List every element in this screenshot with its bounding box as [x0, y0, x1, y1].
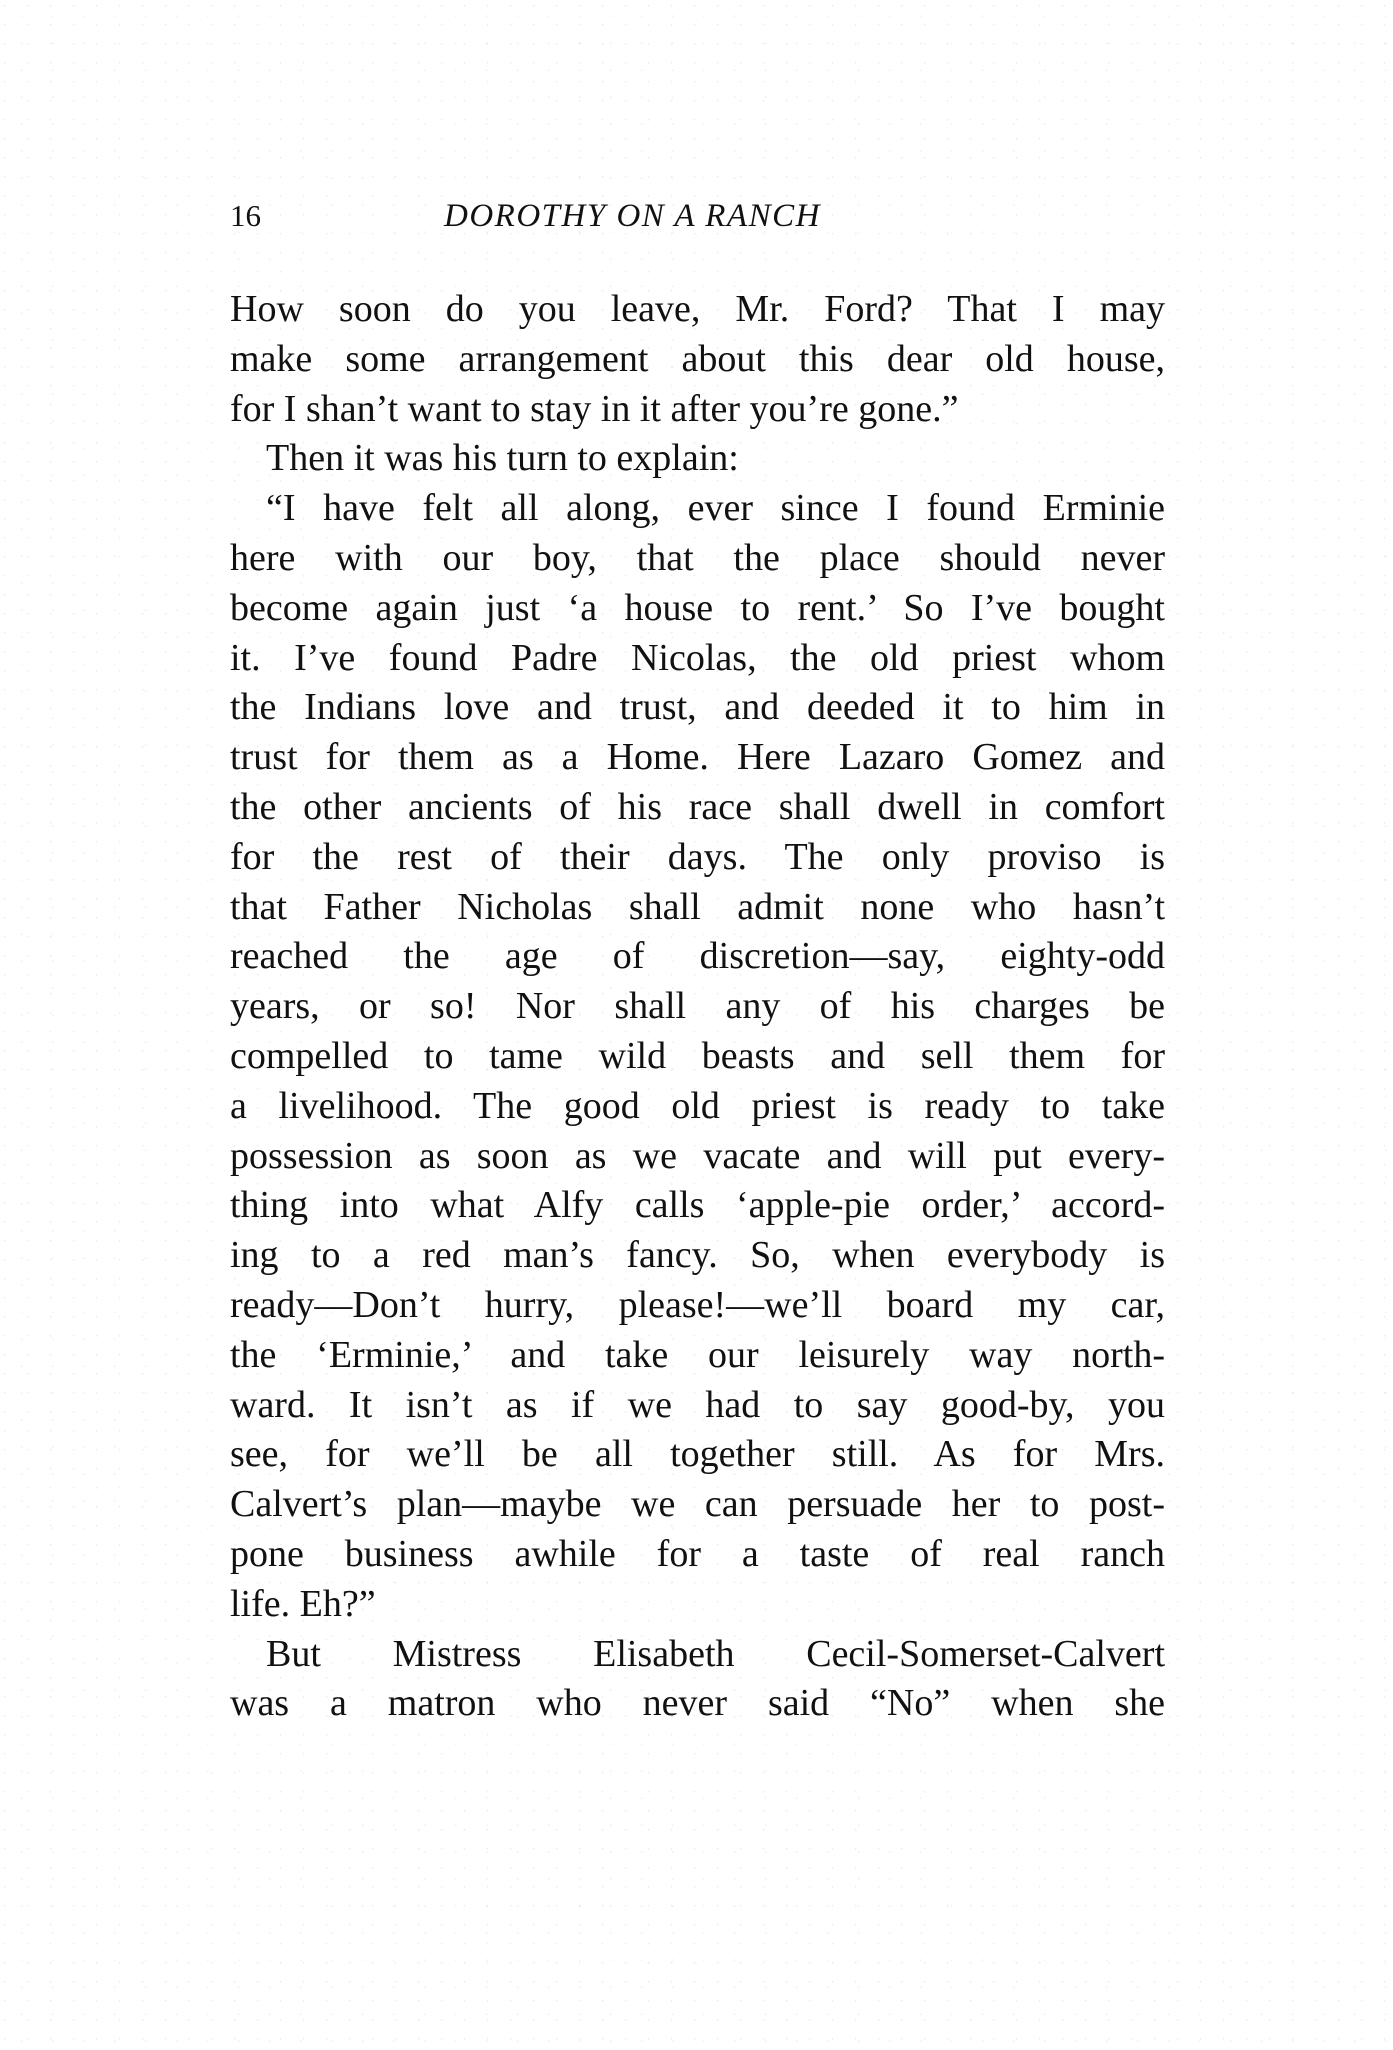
- text-line: become again just ‘a house to rent.’ So …: [230, 584, 1165, 634]
- text-line: life. Eh?”: [230, 1580, 1165, 1630]
- text-line: make some arrangement about this dear ol…: [230, 335, 1165, 385]
- text-line: the ‘Erminie,’ and take our leisurely wa…: [230, 1331, 1165, 1381]
- text-line: How soon do you leave, Mr. Ford? That I …: [230, 285, 1165, 335]
- book-page: 16 DOROTHY ON A RANCH How soon do you le…: [0, 0, 1393, 2050]
- paragraph-start-line: But Mistress Elisabeth Cecil-Somerset-Ca…: [230, 1630, 1165, 1680]
- paragraph-start-line: “I have felt all along, ever since I fou…: [230, 484, 1165, 534]
- page-header: 16 DOROTHY ON A RANCH: [230, 198, 970, 248]
- text-line: ing to a red man’s fancy. So, when every…: [230, 1231, 1165, 1281]
- text-line: was a matron who never said “No” when sh…: [230, 1679, 1165, 1729]
- paragraph-start-line: Then it was his turn to explain:: [230, 434, 1165, 484]
- text-line: it. I’ve found Padre Nicolas, the old pr…: [230, 634, 1165, 684]
- text-line: ready—Don’t hurry, please!—we’ll board m…: [230, 1281, 1165, 1331]
- text-line: reached the age of discretion—say, eight…: [230, 932, 1165, 982]
- text-line: thing into what Alfy calls ‘apple-pie or…: [230, 1181, 1165, 1231]
- text-line: pone business awhile for a taste of real…: [230, 1530, 1165, 1580]
- text-line: that Father Nicholas shall admit none wh…: [230, 883, 1165, 933]
- page-number: 16: [230, 198, 261, 234]
- text-line: compelled to tame wild beasts and sell t…: [230, 1032, 1165, 1082]
- text-line: possession as soon as we vacate and will…: [230, 1132, 1165, 1182]
- text-line: the other ancients of his race shall dwe…: [230, 783, 1165, 833]
- text-line: see, for we’ll be all together still. As…: [230, 1430, 1165, 1480]
- text-line: for I shan’t want to stay in it after yo…: [230, 385, 1165, 435]
- text-line: here with our boy, that the place should…: [230, 534, 1165, 584]
- text-line: for the rest of their days. The only pro…: [230, 833, 1165, 883]
- text-line: ward. It isn’t as if we had to say good-…: [230, 1381, 1165, 1431]
- body-text: How soon do you leave, Mr. Ford? That I …: [230, 285, 1165, 1729]
- text-line: years, or so! Nor shall any of his charg…: [230, 982, 1165, 1032]
- text-line: a livelihood. The good old priest is rea…: [230, 1082, 1165, 1132]
- text-line: Calvert’s plan—maybe we can persuade her…: [230, 1480, 1165, 1530]
- text-line: trust for them as a Home. Here Lazaro Go…: [230, 733, 1165, 783]
- running-title: DOROTHY ON A RANCH: [444, 198, 821, 235]
- text-line: the Indians love and trust, and deeded i…: [230, 683, 1165, 733]
